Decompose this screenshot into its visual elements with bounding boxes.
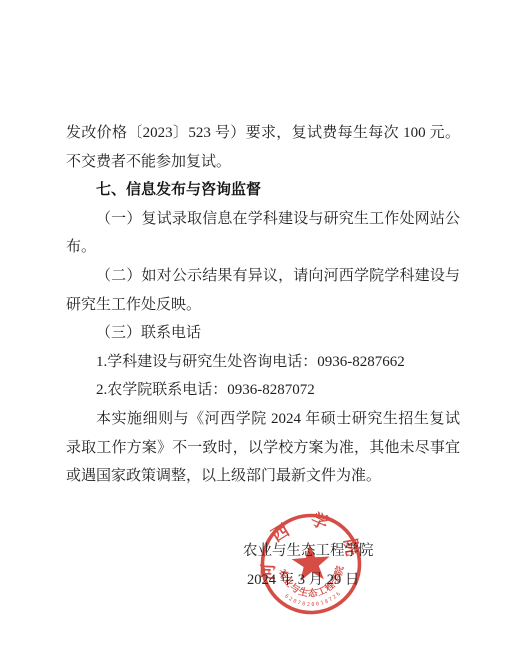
official-seal-stamp: 河西学院 农业与生态工程学院 6207020018726: [255, 508, 366, 619]
paragraph-phone-2: 2.农学院联系电话：0936-8287072: [66, 376, 460, 405]
document-body: 发改价格〔2023〕523 号）要求，复试费每生每次 100 元。不交费者不能参…: [66, 119, 460, 491]
paragraph-fee-continuation: 发改价格〔2023〕523 号）要求，复试费每生每次 100 元。不交费者不能参…: [66, 119, 460, 176]
paragraph-item-1: （一）复试录取信息在学科建设与研究生工作处网站公布。: [66, 205, 460, 262]
signature-date: 2024 年 3 月 29 日: [247, 568, 359, 589]
section-heading: 七、信息发布与咨询监督: [66, 176, 460, 205]
signature-organization: 农业与生态工程学院: [243, 539, 374, 560]
document-page: 发改价格〔2023〕523 号）要求，复试费每生每次 100 元。不交费者不能参…: [0, 0, 524, 671]
paragraph-phone-1: 1.学科建设与研究生处咨询电话：0936-8287662: [66, 348, 460, 377]
paragraph-closing: 本实施细则与《河西学院 2024 年硕士研究生招生复试录取工作方案》不一致时，以…: [66, 405, 460, 491]
paragraph-item-2: （二）如对公示结果有异议，请向河西学院学科建设与研究生工作处反映。: [66, 262, 460, 319]
paragraph-item-3: （三）联系电话: [66, 319, 460, 348]
